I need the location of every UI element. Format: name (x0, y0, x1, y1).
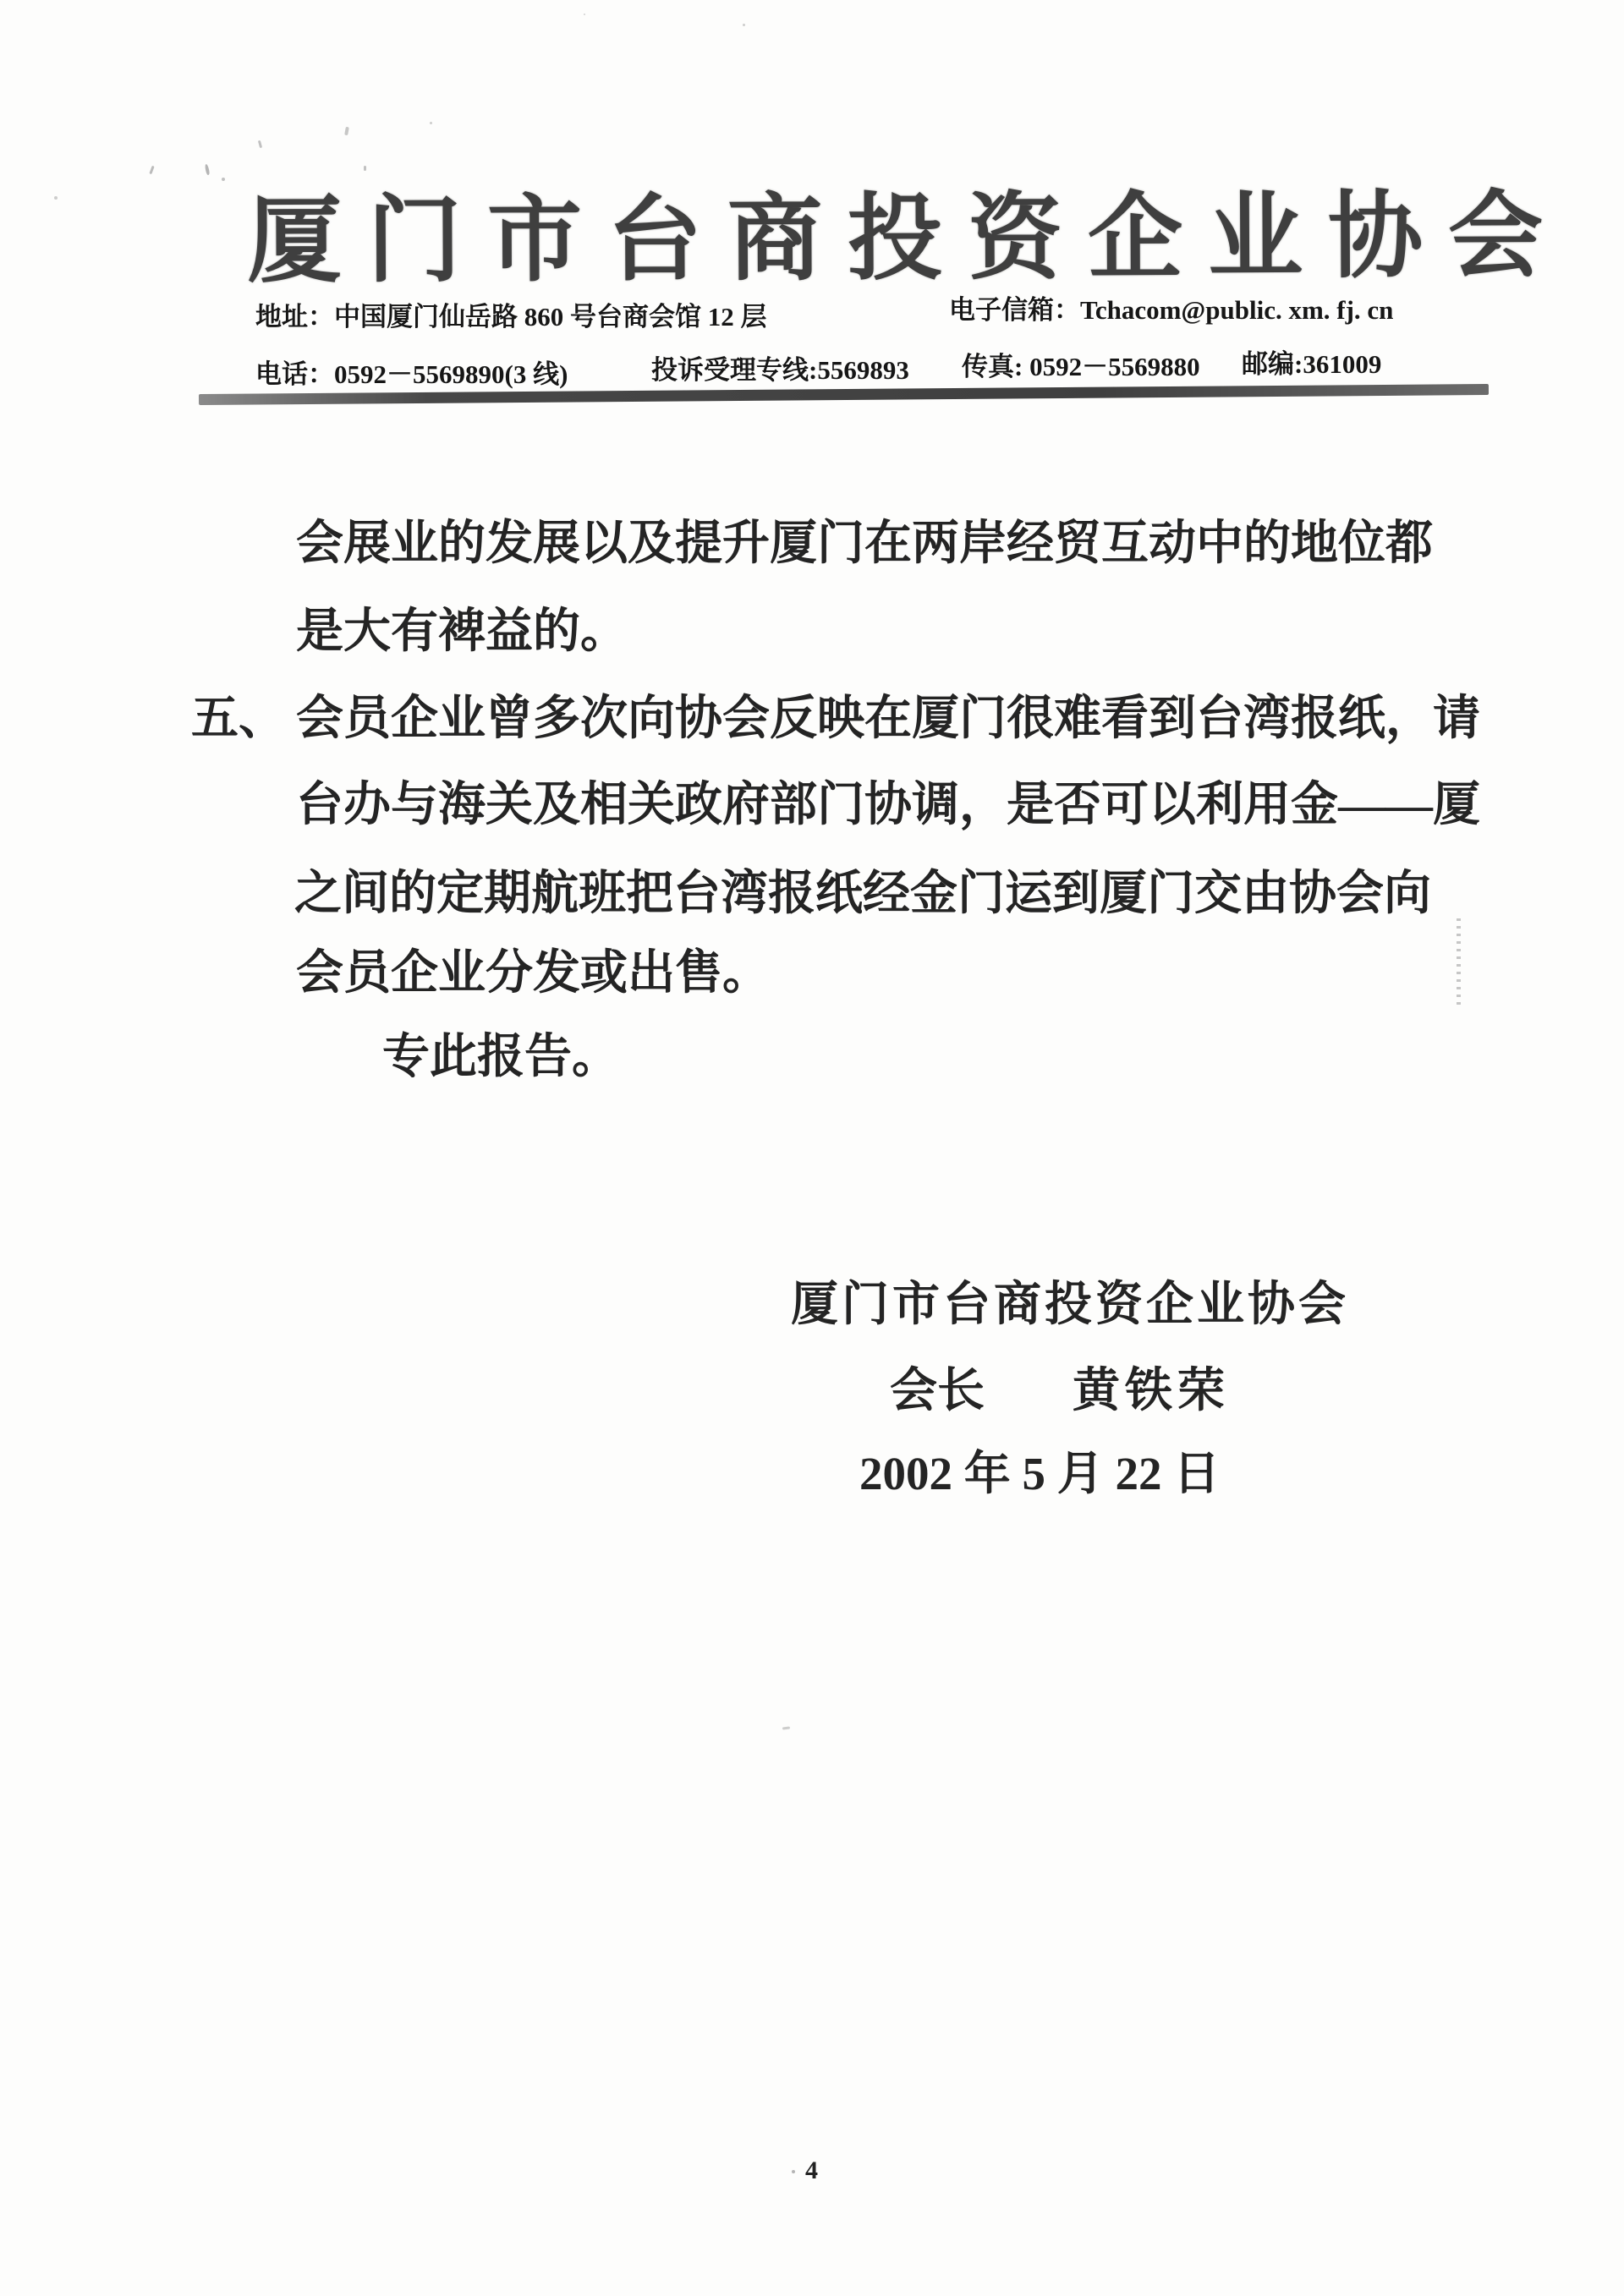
letterhead-email: 电子信箱：Tchacom@public. xm. fj. cn (949, 288, 1393, 326)
scan-artifact-smudge (1457, 918, 1461, 1005)
list-item-marker-five: 五、 (191, 681, 286, 748)
scan-artifact (584, 14, 585, 15)
letterhead-org-title: 厦门市台商投资企业协会 (247, 160, 1569, 302)
scan-artifact (364, 166, 366, 171)
scan-artifact (782, 1726, 790, 1729)
signature-org: 厦门市台商投资企业协会 (791, 1267, 1349, 1334)
body-line-item5-1: 会员企业曾多次向协会反映在厦门很难看到台湾报纸，请 (296, 681, 1480, 748)
scan-artifact (430, 122, 432, 124)
signature-role: 会长 (890, 1353, 985, 1421)
signature-name: 黄铁荣 (1073, 1353, 1230, 1421)
page-number: 4 (805, 2156, 818, 2185)
body-line-continuation-2: 是大有裨益的。 (296, 594, 628, 661)
scan-artifact (149, 166, 154, 174)
scan-artifact (792, 2170, 795, 2173)
scan-artifact (54, 196, 58, 200)
scan-artifact (743, 24, 745, 26)
scan-artifact (258, 140, 262, 148)
body-line-item5-3: 之间的定期航班把台湾报纸经金门运到厦门交由协会向 (294, 856, 1431, 923)
letterhead-complaint-hotline: 投诉受理专线:5569893 (651, 348, 909, 386)
document-page: 厦门市台商投资企业协会 地址：中国厦门仙岳路 860 号台商会馆 12 层 电子… (0, 0, 1624, 2296)
scan-artifact (205, 164, 211, 176)
closing-phrase: 专此报告。 (382, 1019, 619, 1087)
body-line-item5-4: 会员企业分发或出售。 (296, 935, 770, 1003)
body-line-continuation-1: 会展业的发展以及提升厦门在两岸经贸互动中的地位都 (296, 506, 1433, 573)
body-line-item5-2: 台办与海关及相关政府部门协调，是否可以利用金——厦 (296, 767, 1480, 835)
letterhead-fax: 传真: 0592－5569880 (962, 345, 1200, 383)
scan-artifact (344, 127, 349, 136)
signature-date: 2002 年 5 月 22 日 (859, 1436, 1220, 1503)
letterhead-phone: 电话：0592－5569890(3 线) (255, 353, 568, 391)
letterhead-postal-code: 邮编:361009 (1242, 342, 1381, 381)
scan-artifact (222, 178, 225, 181)
letterhead-address: 地址：中国厦门仙岳路 860 号台商会馆 12 层 (255, 295, 767, 333)
